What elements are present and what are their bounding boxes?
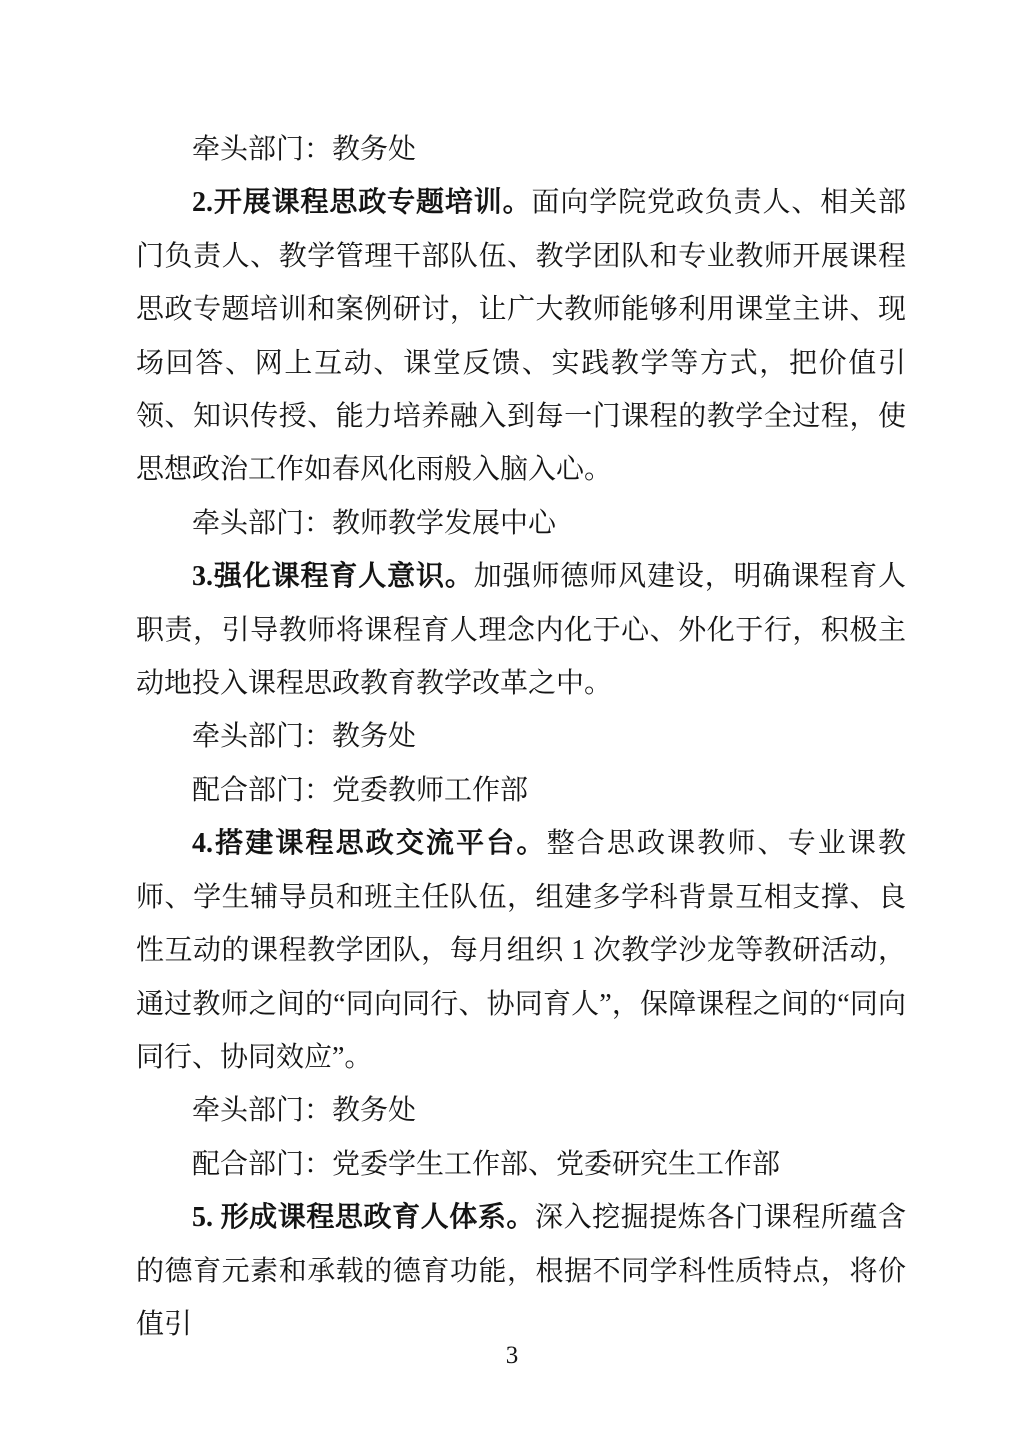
paragraph-item-5: 5. 形成课程思政育人体系。深入挖掘提炼各门课程所蕴含的德育元素和承载的德育功能… [136, 1191, 906, 1351]
lead-dept-line: 牵头部门：教务处 [136, 710, 906, 763]
paragraph-item-2: 2.开展课程思政专题培训。面向学院党政负责人、相关部门负责人、教学管理干部队伍、… [136, 176, 906, 496]
paragraph-heading: 2.开展课程思政专题培训。 [192, 187, 532, 218]
document-page: 牵头部门：教务处 2.开展课程思政专题培训。面向学院党政负责人、相关部门负责人、… [0, 0, 1024, 1448]
paragraph-item-4: 4.搭建课程思政交流平台。整合思政课教师、专业课教师、学生辅导员和班主任队伍，组… [136, 817, 906, 1084]
paragraph-heading: 3.强化课程育人意识。 [192, 561, 474, 592]
document-body: 牵头部门：教务处 2.开展课程思政专题培训。面向学院党政负责人、相关部门负责人、… [136, 123, 906, 1351]
paragraph-heading: 4.搭建课程思政交流平台。 [192, 828, 547, 859]
paragraph-item-3: 3.强化课程育人意识。加强师德师风建设，明确课程育人职责，引导教师将课程育人理念… [136, 550, 906, 710]
paragraph-heading: 5. 形成课程思政育人体系。 [192, 1202, 535, 1233]
paragraph-text: 面向学院党政负责人、相关部门负责人、教学管理干部队伍、教学团队和专业教师开展课程… [136, 187, 906, 485]
page-number: 3 [0, 1336, 1024, 1376]
lead-dept-line: 牵头部门：教师教学发展中心 [136, 497, 906, 550]
cooperating-dept-line: 配合部门：党委教师工作部 [136, 764, 906, 817]
paragraph-text: 整合思政课教师、专业课教师、学生辅导员和班主任队伍，组建多学科背景互相支撑、良性… [136, 828, 906, 1073]
lead-dept-line: 牵头部门：教务处 [136, 1084, 906, 1137]
lead-dept-line: 牵头部门：教务处 [136, 123, 906, 176]
cooperating-dept-line: 配合部门：党委学生工作部、党委研究生工作部 [136, 1138, 906, 1191]
